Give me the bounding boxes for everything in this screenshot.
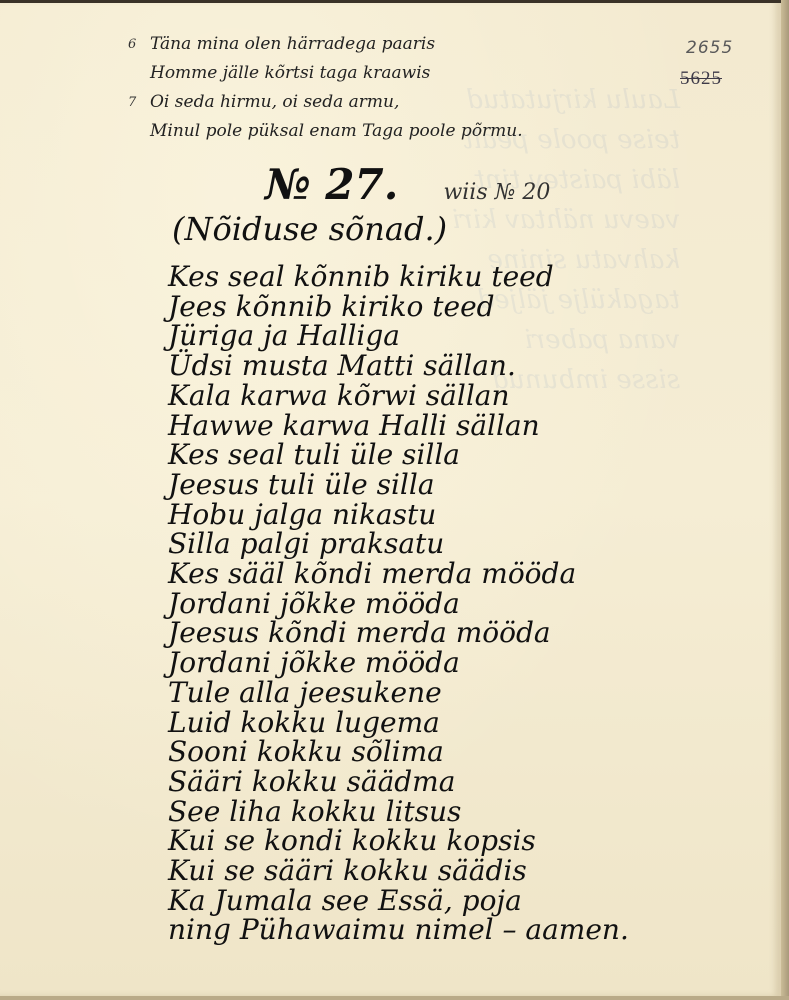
song-line: Sääri kokku säädma	[168, 767, 629, 797]
song-line: Ka Jumala see Essä, poja	[168, 886, 629, 916]
song-line: Hobu jalga nikastu	[168, 500, 629, 530]
page-bottom-edge	[0, 996, 789, 1000]
song-line: Tule alla jeesukene	[168, 678, 629, 708]
preceding-verse: 6 Täna mina olen härradega paaris Homme …	[150, 30, 523, 146]
melody-note: wiis № 20	[443, 180, 550, 205]
song-line: Jees kõnnib kiriko teed	[168, 292, 629, 322]
song-line: Hawwe karwa Halli sällan	[168, 411, 629, 441]
stanza-number: 7	[128, 88, 136, 117]
manuscript-page: Laulu kirjutatud teise poole pealt läbi …	[0, 0, 782, 998]
page-edge	[781, 0, 789, 1000]
song-line: Jordani jõkke mööda	[168, 648, 629, 678]
verse-line: 7 Oi seda hirmu, oi seda armu,	[150, 88, 523, 117]
song-line: Luid kokku lugema	[168, 708, 629, 738]
song-line: Jeesus kõndi merda mööda	[168, 618, 629, 648]
song-line: Jüriga ja Halliga	[168, 321, 629, 351]
song-line: See liha kokku litsus	[168, 797, 629, 827]
song-line: Silla palgi praksatu	[168, 529, 629, 559]
song-line: Jordani jõkke mööda	[168, 589, 629, 619]
song-title: (Nõiduse sõnad.)	[172, 210, 447, 248]
song-line: Kala karwa kõrwi sällan	[168, 381, 629, 411]
song-line: ning Pühawaimu nimel – aamen.	[168, 915, 629, 945]
song-line: Kes seal kõnnib kiriku teed	[168, 262, 629, 292]
archive-numbers: 2655 5625	[680, 38, 733, 90]
song-heading: № 27. wiis № 20	[265, 160, 550, 209]
stanza-number: 6	[128, 30, 136, 59]
verse-line: 6 Täna mina olen härradega paaris	[150, 30, 523, 59]
song-line: Üdsi musta Matti sällan.	[168, 351, 629, 381]
archive-number-crossed-out: 5625	[680, 68, 733, 90]
song-number: № 27.	[265, 160, 398, 209]
verse-line: Homme jälle kõrtsi taga kraawis	[150, 59, 523, 88]
archive-number-current: 2655	[686, 38, 733, 58]
song-line: Kes sääl kõndi merda mööda	[168, 559, 629, 589]
song-line: Jeesus tuli üle silla	[168, 470, 629, 500]
song-line: Kes seal tuli üle silla	[168, 440, 629, 470]
song-line: Kui se kondi kokku kopsis	[168, 826, 629, 856]
verse-line: Minul pole püksal enam Taga poole põrmu.	[150, 117, 523, 146]
song-text: Kes seal kõnnib kiriku teed Jees kõnnib …	[168, 262, 629, 945]
song-line: Sooni kokku sõlima	[168, 737, 629, 767]
song-line: Kui se sääri kokku säädis	[168, 856, 629, 886]
